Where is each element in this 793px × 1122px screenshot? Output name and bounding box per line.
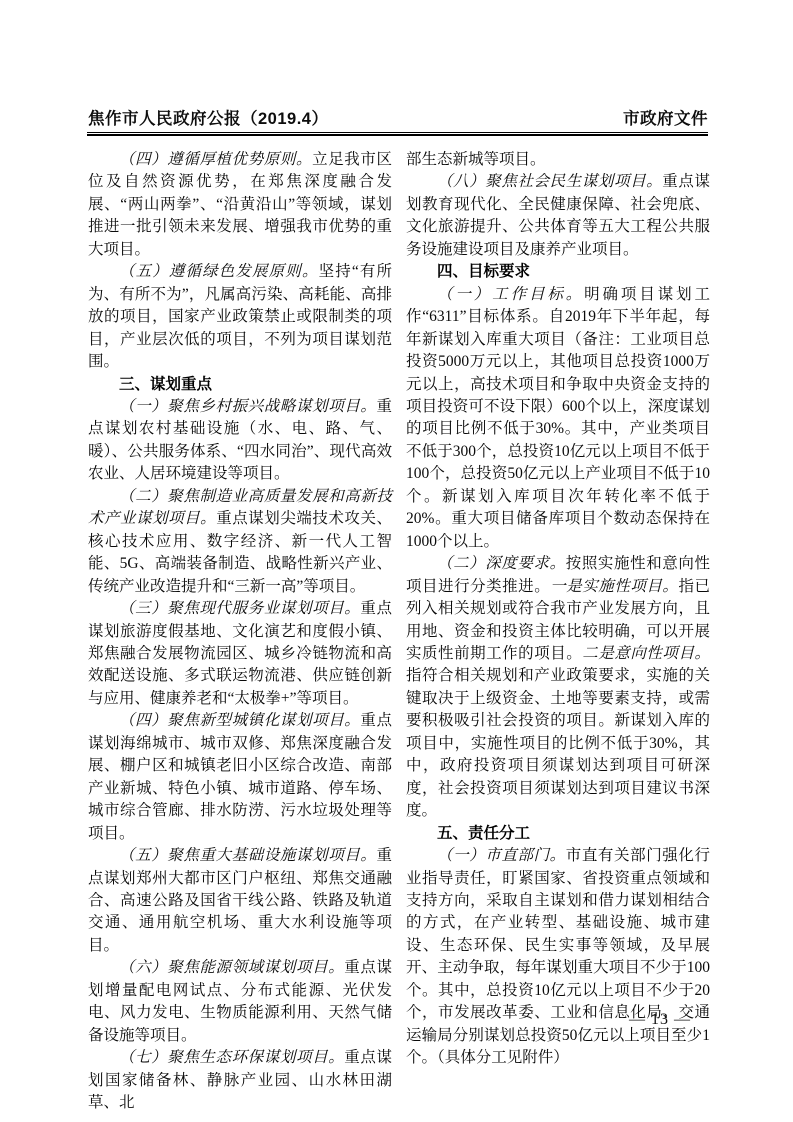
paragraph: （八）聚焦社会民生谋划项目。重点谋划教育现代化、全民健康保障、社会兜底、文化旅游… <box>406 171 710 261</box>
paragraph: （五）遵循绿色发展原则。坚持“有所为、有所不为”，凡属高污染、高耗能、高排放的项… <box>88 261 392 373</box>
lead-in-text: 二是意向性项目。 <box>582 645 710 662</box>
section-heading: 三、谋划重点 <box>88 374 392 396</box>
paragraph: （四）聚焦新型城镇化谋划项目。重点谋划海绵城市、城市双修、郑焦深度融合发展、棚户… <box>88 710 392 845</box>
lead-in-text: （六）聚焦能源领域谋划项目。 <box>119 959 344 976</box>
paragraph: （五）聚焦重大基础设施谋划项目。重点谋划郑州大都市区门户枢纽、郑焦交通融合、高速… <box>88 845 392 957</box>
paragraph: （六）聚焦能源领域谋划项目。重点谋划增量配电网试点、分布式能源、光伏发电、风力发… <box>88 957 392 1047</box>
section-heading: 五、责任分工 <box>406 823 710 845</box>
body-text: 重点谋划海绵城市、城市双修、郑焦深度融合发展、棚户区和城镇老旧小区综合改造、南部… <box>88 712 392 841</box>
paragraph: （一）市直部门。市直有关部门强化行业指导责任，盯紧国家、省投资重点领域和支持方向… <box>406 845 710 1070</box>
lead-in-text: （五）遵循绿色发展原则。 <box>119 263 319 280</box>
header-rule <box>87 132 708 136</box>
paragraph: 部生态新城等项目。 <box>406 149 710 171</box>
lead-in-text: （一）工作目标。 <box>437 286 584 303</box>
lead-in-text: （一）聚焦乡村振兴战略谋划项目。 <box>119 398 376 415</box>
section-heading: 四、目标要求 <box>406 261 710 283</box>
lead-in-text: （四）遵循厚植优势原则。 <box>119 151 312 168</box>
body-text: 指符合相关规划和产业政策要求，实施的关键取决于上级资金、土地等要素支持，或需要积… <box>406 667 710 819</box>
lead-in-text: （二）深度要求。 <box>437 555 566 572</box>
left-column: （四）遵循厚植优势原则。立足我市区位及自然资源优势，在郑焦深度融合发展、“两山两… <box>88 149 392 1114</box>
paragraph: （二）深度要求。按照实施性和意向性项目进行分类推进。一是实施性项目。指已列入相关… <box>406 553 710 822</box>
document-body: （四）遵循厚植优势原则。立足我市区位及自然资源优势，在郑焦深度融合发展、“两山两… <box>88 149 710 1114</box>
page-number: — 13 — <box>560 1011 760 1029</box>
body-text: 市直有关部门强化行业指导责任，盯紧国家、省投资重点领域和支持方向，采取自主谋划和… <box>406 847 710 1066</box>
body-text: 部生态新城等项目。 <box>406 151 546 168</box>
page-header: 焦作市人民政府公报（2019.4） 市政府文件 <box>88 105 708 129</box>
lead-in-text: （三）聚焦现代服务业谋划项目。 <box>119 600 360 617</box>
lead-in-text: 一是实施性项目。 <box>550 578 678 595</box>
lead-in-text: （五）聚焦重大基础设施谋划项目。 <box>119 847 376 864</box>
lead-in-text: （七）聚焦生态环保谋划项目。 <box>119 1049 344 1066</box>
gazette-page: 焦作市人民政府公报（2019.4） 市政府文件 （四）遵循厚植优势原则。立足我市… <box>0 0 793 1122</box>
lead-in-text: （一）市直部门。 <box>437 847 566 864</box>
paragraph: （四）遵循厚植优势原则。立足我市区位及自然资源优势，在郑焦深度融合发展、“两山两… <box>88 149 392 261</box>
lead-in-text: （八）聚焦社会民生谋划项目。 <box>437 173 662 190</box>
lead-in-text: （四）聚焦新型城镇化谋划项目。 <box>119 712 360 729</box>
doc-category-label: 市政府文件 <box>623 105 708 129</box>
paragraph: （二）聚焦制造业高质量发展和高新技术产业谋划项目。重点谋划尖端技术攻关、核心技术… <box>88 486 392 598</box>
paragraph: （三）聚焦现代服务业谋划项目。重点谋划旅游度假基地、文化演艺和度假小镇、郑焦融合… <box>88 598 392 710</box>
right-column: 部生态新城等项目。（八）聚焦社会民生谋划项目。重点谋划教育现代化、全民健康保障、… <box>406 149 710 1114</box>
paragraph: （七）聚焦生态环保谋划项目。重点谋划国家储备林、静脉产业园、山水林田湖草、北 <box>88 1047 392 1114</box>
body-text: 明确项目谋划工作“6311”目标体系。自2019年下半年起，每年新谋划入库重大项… <box>406 286 710 550</box>
paragraph: （一）工作目标。明确项目谋划工作“6311”目标体系。自2019年下半年起，每年… <box>406 284 710 553</box>
gazette-title: 焦作市人民政府公报（2019.4） <box>88 105 328 129</box>
paragraph: （一）聚焦乡村振兴战略谋划项目。重点谋划农村基础设施（水、电、路、气、暖）、公共… <box>88 396 392 486</box>
